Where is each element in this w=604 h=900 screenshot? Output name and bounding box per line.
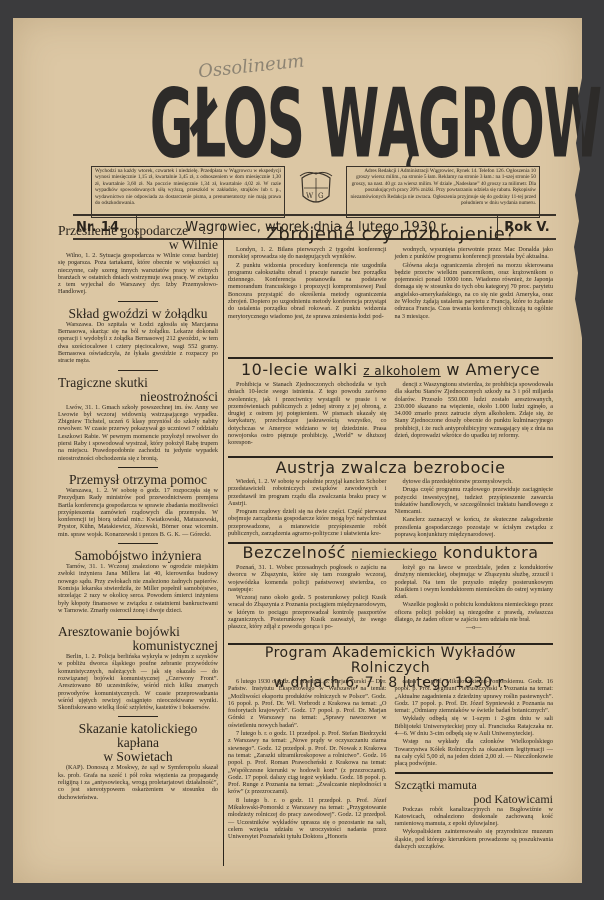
article-wyklady: 6 lutego 1930 o godz. 11 przedpoł. p. Ma… — [228, 678, 553, 851]
newspaper-page: Ossolineum GŁOS WĄGROWIECKI Wychodzi na … — [13, 18, 582, 883]
article-austria: Wiedeń, 1. 2. W sobotę w południe przyją… — [228, 478, 553, 539]
headline-sub: komunistycznej — [58, 639, 218, 653]
headline-sub: w Wilnie — [58, 238, 218, 252]
separator — [118, 467, 158, 468]
article-body: Lwów, 31. 1. Gmach szkoły powszechnej im… — [58, 404, 218, 462]
headline: Aresztowanie bojówki — [58, 625, 218, 639]
article-wilno: Przesilenie gospodarcze w Wilnie Wilno, … — [58, 224, 218, 296]
headline-mamut: Szczątki mamuta — [395, 778, 554, 792]
headline: Przesilenie gospodarcze — [58, 224, 218, 238]
article-przemysl: Przemysł otrzyma pomoc Warszawa, 1. 2. W… — [58, 473, 218, 538]
headline: Tragiczne skutki — [58, 376, 218, 390]
article-body: Tarnów, 31. 1. Wczoraj znaleziono w ogro… — [58, 563, 218, 614]
article-zbrojenie: Londyn, 1. 2. Bilans pierwszych 2 tygodn… — [228, 246, 553, 321]
article-kaplan: Skazanie katolickiego kapłana w Sowietac… — [58, 722, 218, 800]
svg-text:G: G — [318, 192, 324, 200]
headline-sub: w Sowietach — [58, 750, 218, 764]
headline-mamut-sub: pod Katowicami — [395, 792, 554, 806]
headline: Samobójstwo inżyniera — [58, 549, 218, 563]
headline-konduktor: Bezczelność niemieckiego konduktora — [228, 544, 553, 563]
separator — [118, 619, 158, 620]
separator — [118, 301, 158, 302]
section-rule — [395, 772, 554, 774]
editorial-address-box: Adres Redakcji i Administracji Wągrowiec… — [346, 166, 540, 218]
headline: Przemysł otrzyma pomoc — [58, 473, 218, 487]
headline: Skład gwoździ w żołądku — [58, 307, 218, 321]
article-body: Berlin, 1. 2. Policja berlińska wykryła … — [58, 653, 218, 711]
masthead-title: GŁOS WĄGROWIECKI — [150, 84, 480, 164]
article-alkohol: Prohibicja w Stanach Zjednoczonych obcho… — [228, 381, 553, 448]
headline-austria: Austrja zwalcza bezrobocie — [228, 459, 553, 477]
article-konduktor: Poznań, 31. 1. Wobec przesadnych pogłose… — [228, 564, 553, 633]
article-berlin: Aresztowanie bojówki komunistycznej Berl… — [58, 625, 218, 711]
article-tarnow: Samobójstwo inżyniera Tarnów, 31. 1. Wcz… — [58, 549, 218, 614]
separator — [118, 370, 158, 371]
article-lwow: Tragiczne skutki nieostrożności Lwów, 31… — [58, 376, 218, 462]
column-divider — [223, 224, 224, 866]
article-body: Warszawa, 1. 2. W sobotę o godz. 17 rozp… — [58, 487, 218, 538]
headline-alkohol: 10-lecie walki z alkoholem w Ameryce — [228, 361, 553, 380]
article-gwozdzie: Skład gwoździ w żołądku Warszawa. Do szp… — [58, 307, 218, 365]
coat-of-arms-icon: W G — [298, 168, 334, 210]
separator — [118, 716, 158, 717]
article-body: Warszawa. Do szpitala w Łodzi zgłosiła s… — [58, 321, 218, 365]
article-body: Wilno, 1. 2. Sytuacja gospodarcza w Wiln… — [58, 252, 218, 296]
section-rule — [228, 357, 553, 359]
headline-sub: nieostrożności — [58, 390, 218, 404]
headline: Skazanie katolickiego kapłana — [58, 722, 218, 750]
svg-text:W: W — [306, 192, 314, 200]
article-body: (KAP). Donoszą z Moskwy, że sąd w Symfer… — [58, 764, 218, 800]
headline-zbrojenie: Zbrojenie czy rozbrojenie? — [228, 226, 553, 244]
left-column: Przesilenie gospodarcze w Wilnie Wilno, … — [58, 224, 218, 802]
subscription-info-box: Wychodzi na każdy wtorek, czwartek i nie… — [91, 166, 285, 218]
separator — [118, 543, 158, 544]
